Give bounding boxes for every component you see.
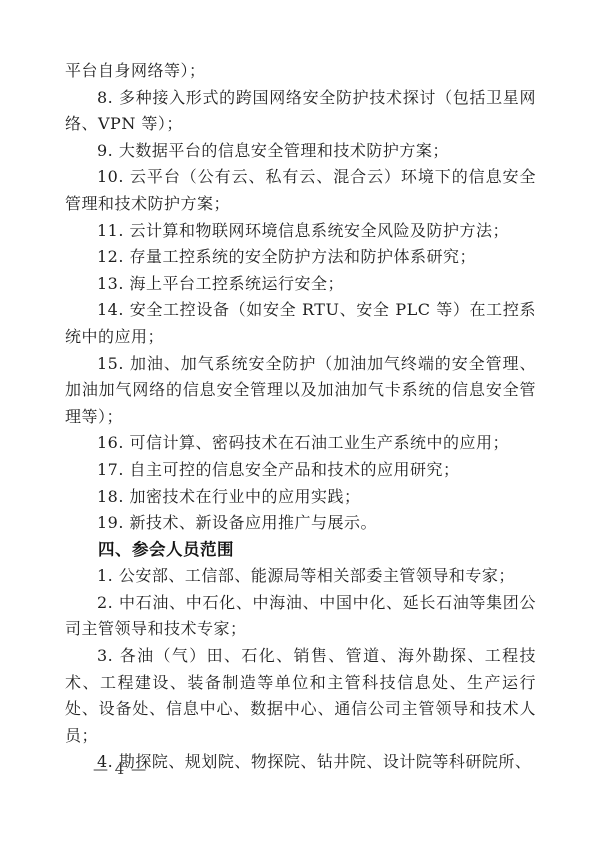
topic-item-13: 13. 海上平台工控系统运行安全； — [65, 271, 536, 298]
topic-item-14: 14. 安全工控设备（如安全 RTU、安全 PLC 等）在工控系统中的应用； — [65, 297, 536, 350]
document-body: 平台自身网络等）； 8. 多种接入形式的跨国网络安全防护技术探讨（包括卫星网络、… — [65, 58, 536, 776]
topic-item-9: 9. 大数据平台的信息安全管理和技术防护方案； — [65, 138, 536, 165]
paragraph-continuation: 平台自身网络等）； — [65, 58, 536, 85]
page-number: — 4 — — [93, 760, 147, 778]
topic-item-8: 8. 多种接入形式的跨国网络安全防护技术探讨（包括卫星网络、VPN 等）； — [65, 85, 536, 138]
document-page: 平台自身网络等）； 8. 多种接入形式的跨国网络安全防护技术探讨（包括卫星网络、… — [0, 0, 600, 849]
topic-item-18: 18. 加密技术在行业中的应用实践； — [65, 484, 536, 511]
topic-item-10: 10. 云平台（公有云、私有云、混合云）环境下的信息安全管理和技术防护方案； — [65, 164, 536, 217]
topic-item-19: 19. 新技术、新设备应用推广与展示。 — [65, 510, 536, 537]
attendee-item-3: 3. 各油（气）田、石化、销售、管道、海外勘探、工程技术、工程建设、装备制造等单… — [65, 643, 536, 749]
topic-item-17: 17. 自主可控的信息安全产品和技术的应用研究； — [65, 457, 536, 484]
topic-item-15: 15. 加油、加气系统安全防护（加油加气终端的安全管理、加油加气网络的信息安全管… — [65, 351, 536, 431]
topic-item-11: 11. 云计算和物联网环境信息系统安全风险及防护方法； — [65, 218, 536, 245]
section-heading-attendees: 四、参会人员范围 — [65, 537, 536, 564]
attendee-item-2: 2. 中石油、中石化、中海油、中国中化、延长石油等集团公司主管领导和技术专家； — [65, 590, 536, 643]
attendee-item-1: 1. 公安部、工信部、能源局等相关部委主管领导和专家； — [65, 563, 536, 590]
topic-item-16: 16. 可信计算、密码技术在石油工业生产系统中的应用； — [65, 430, 536, 457]
topic-item-12: 12. 存量工控系统的安全防护方法和防护体系研究； — [65, 244, 536, 271]
